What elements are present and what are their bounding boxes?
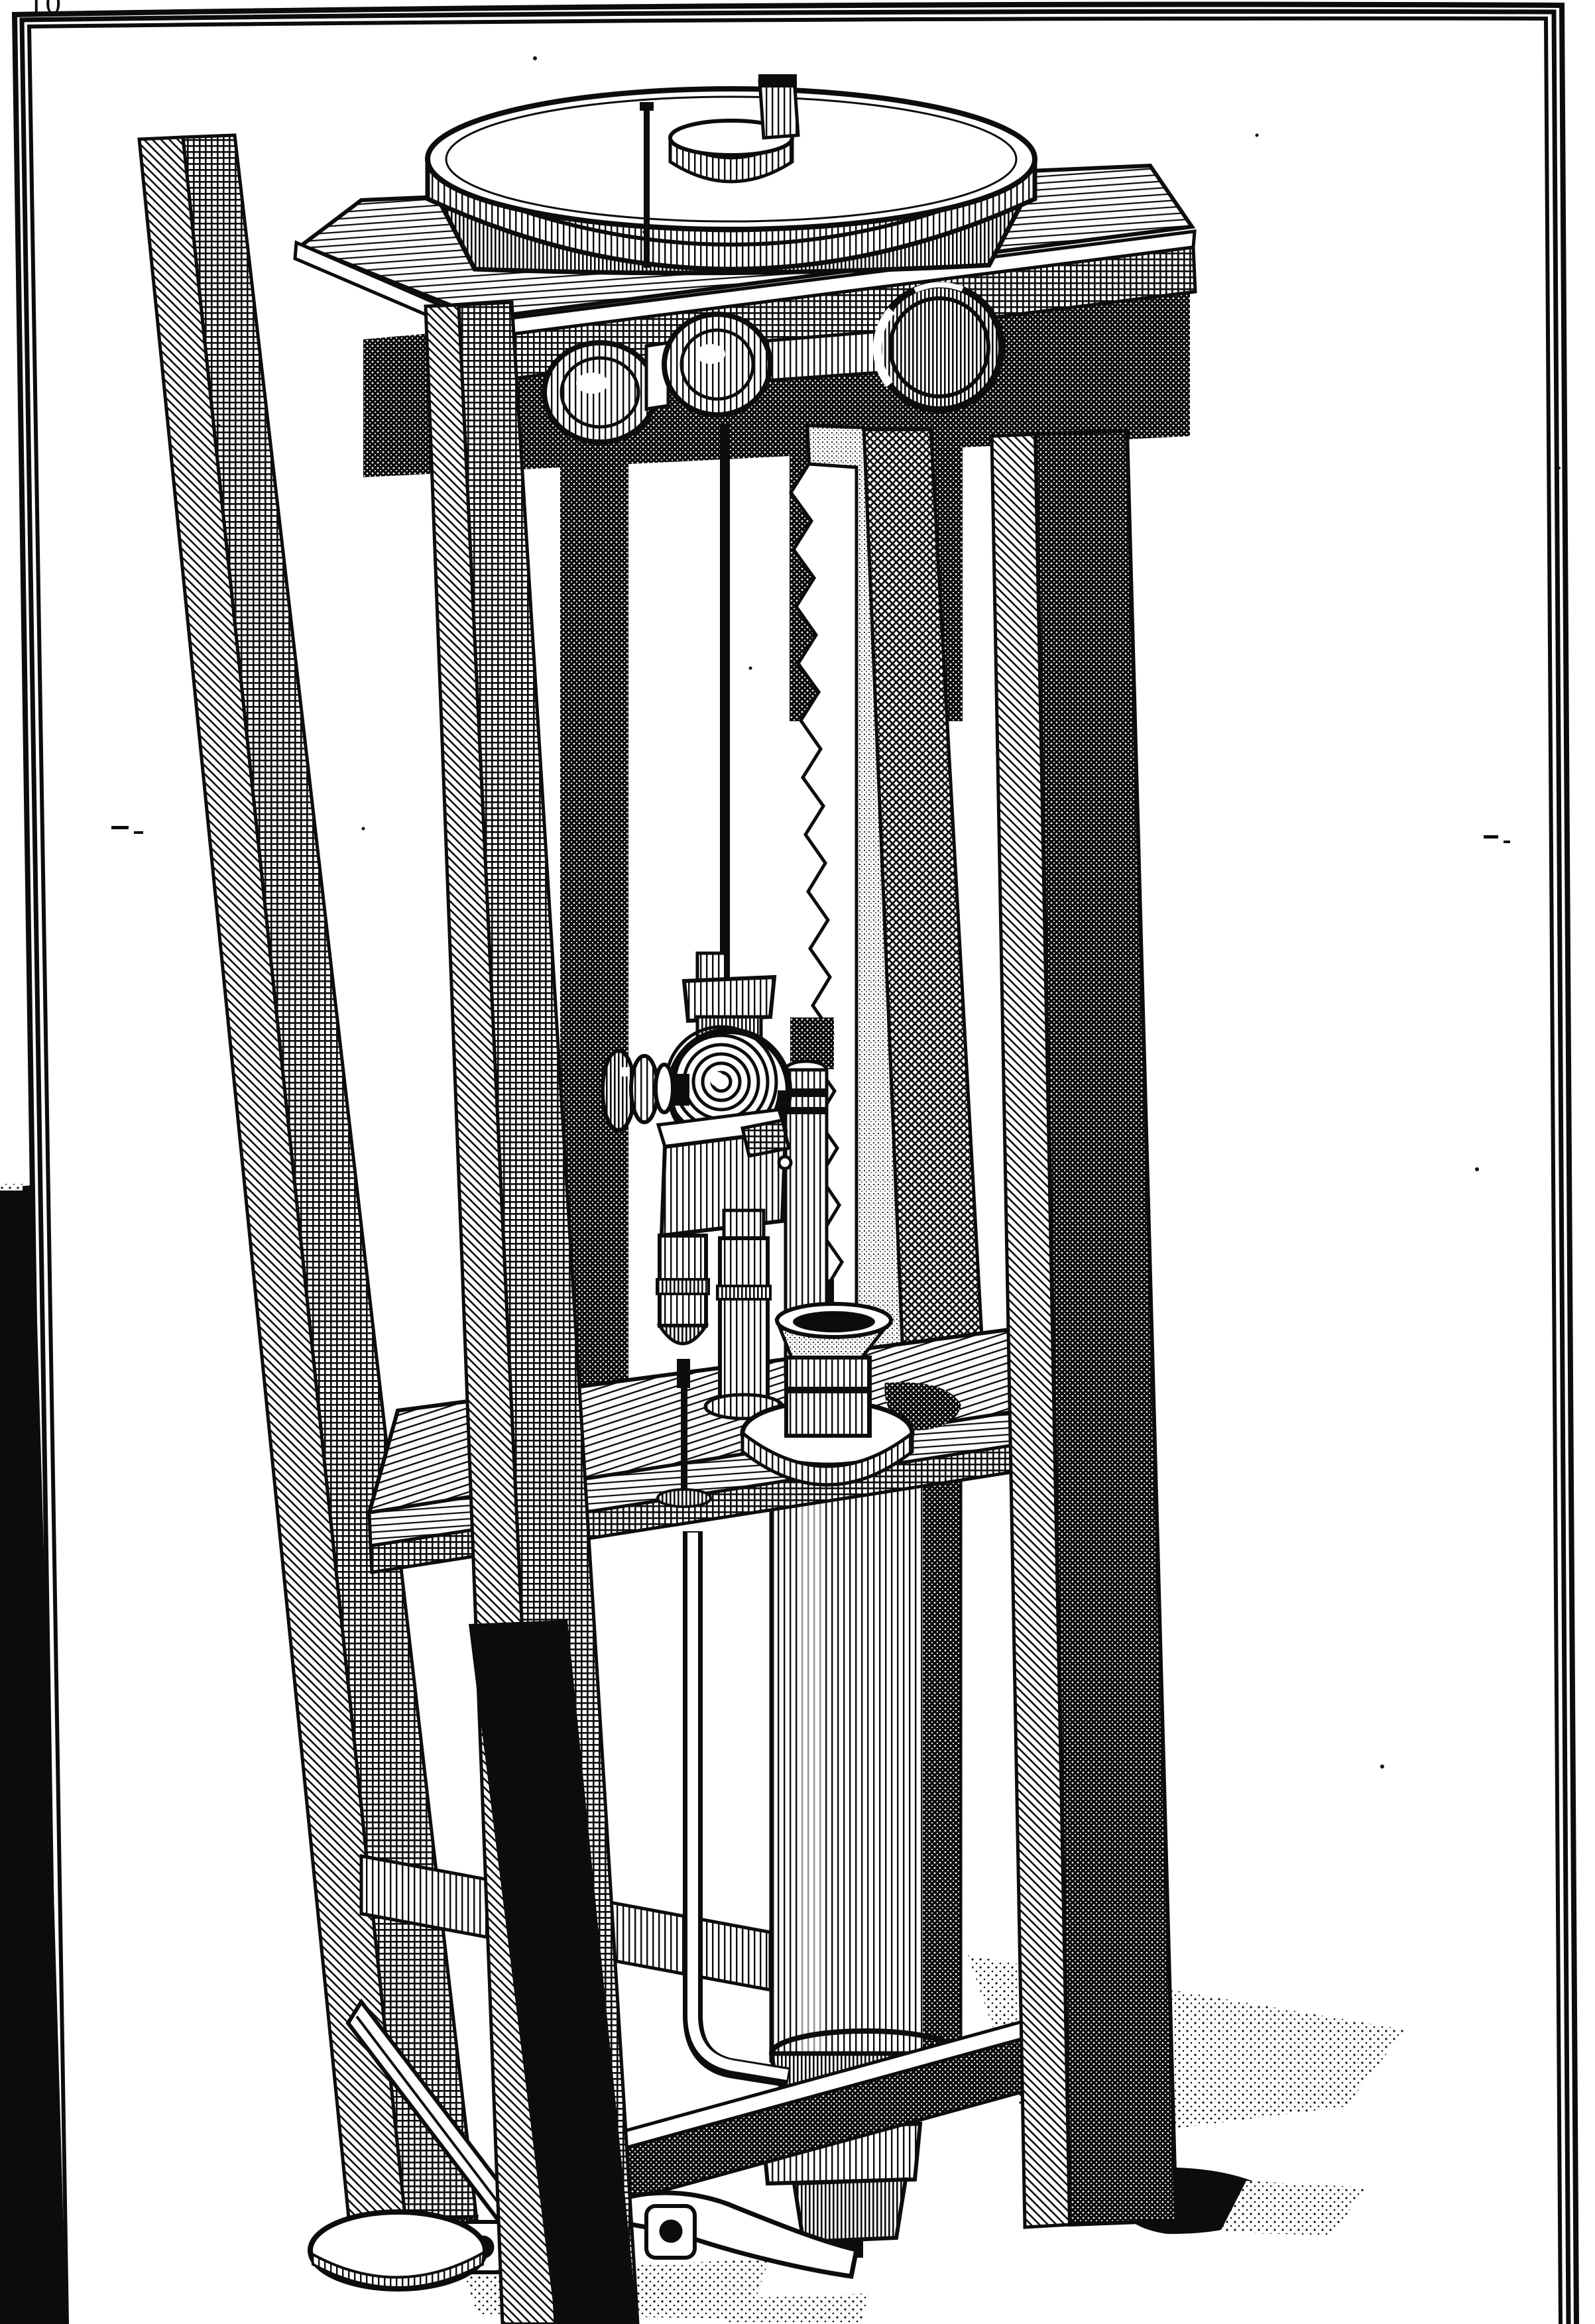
manifold-bolt: [779, 1157, 791, 1169]
crank-neck: [768, 331, 879, 380]
crank-knob-highlight2: [696, 344, 725, 364]
manifold-clamp: [742, 1120, 789, 1156]
mercury-cup-base: [786, 1358, 870, 1436]
scan-artifact-edge: [0, 1184, 23, 1191]
key-highlight: [620, 1067, 630, 1076]
receiver-plate-group: [428, 74, 1035, 273]
piston-rod: [720, 424, 730, 998]
barrel-highlight: [799, 1436, 823, 2059]
pillar-ring2: [784, 1107, 828, 1114]
pedestal-ring: [717, 1286, 770, 1299]
valve-pedestal: [720, 1238, 768, 1405]
valve-nipple-left: [677, 1359, 690, 1388]
winch-drum: [877, 285, 1002, 410]
stopcock-cap: [684, 977, 774, 1021]
stopcock-key-disc: [631, 1056, 658, 1122]
valve-cylinder-left-dome: [660, 1326, 706, 1344]
valve-rod-left: [681, 1388, 687, 1494]
scanned-plate-page: 10: [0, 0, 1595, 2324]
gauge-wire: [644, 109, 650, 268]
engraving-canvas: 10: [0, 0, 1595, 2324]
stopcock-ball-highlight: [710, 1072, 725, 1086]
mercury-cup-interior: [793, 1311, 875, 1332]
valve-cylinder-left-ring: [657, 1279, 709, 1294]
crank-knob-highlight1: [576, 373, 608, 394]
barrel-knob: [794, 2179, 906, 2242]
stopcock-key-stub: [671, 1074, 689, 1106]
page-number: 10: [28, 0, 62, 20]
stopcock-finial: [697, 953, 727, 981]
pedestal-cap: [724, 1210, 764, 1240]
barrel-dark-side: [923, 1430, 960, 2055]
right-post: [992, 431, 1176, 2227]
stopcock-key-collar: [656, 1065, 673, 1112]
mercury-cup-hoop: [784, 1387, 872, 1393]
pin-cap: [758, 74, 797, 87]
pivot-bolt-right: [661, 2221, 681, 2241]
gauge-wire-tip: [640, 102, 654, 111]
valve-rod-foot: [658, 1489, 711, 1507]
